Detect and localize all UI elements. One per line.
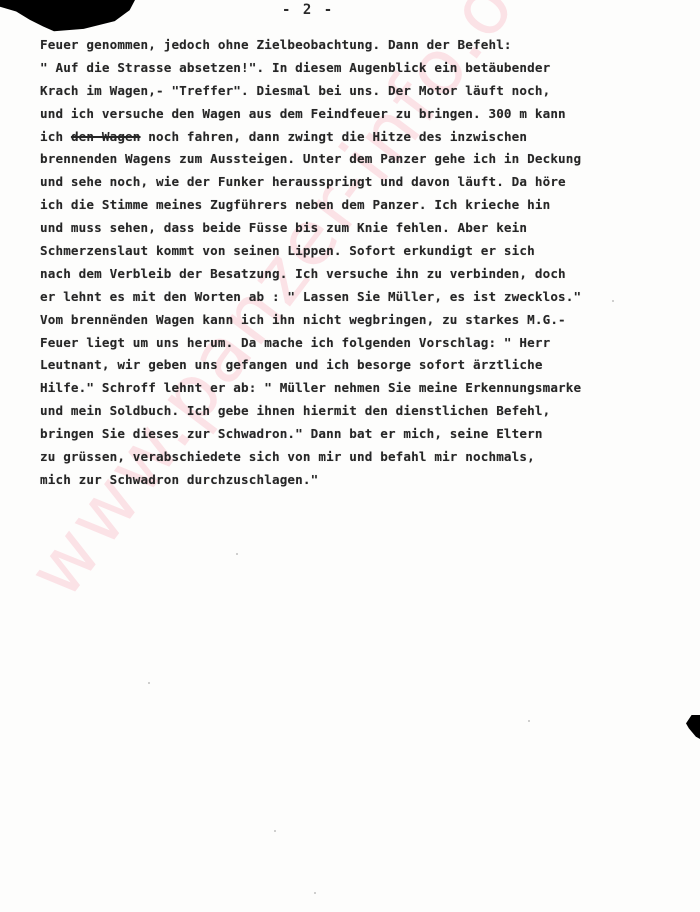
text-line: Leutnant, wir geben uns gefangen und ich…: [40, 354, 700, 377]
struck-through-text: den Wagen: [71, 129, 141, 144]
text-line: und muss sehen, dass beide Füsse bis zum…: [40, 217, 700, 240]
text-line: ich die Stimme meines Zugführers neben d…: [40, 194, 700, 217]
scan-speck: [612, 300, 614, 302]
scan-artifact-mark: [686, 715, 700, 739]
text-line: Hilfe." Schroff lehnt er ab: " Müller ne…: [40, 377, 700, 400]
text-line: und ich versuche den Wagen aus dem Feind…: [40, 103, 700, 126]
text-line: und sehe noch, wie der Funker herausspri…: [40, 171, 700, 194]
text-line: er lehnt es mit den Worten ab : " Lassen…: [40, 286, 700, 309]
scan-speck: [528, 720, 530, 722]
text-line: und mein Soldbuch. Ich gebe ihnen hiermi…: [40, 400, 700, 423]
text-line: bringen Sie dieses zur Schwadron." Dann …: [40, 423, 700, 446]
text-line: brennenden Wagens zum Aussteigen. Unter …: [40, 148, 700, 171]
page-number: - 2 -: [282, 2, 334, 18]
scan-speck: [148, 682, 150, 684]
scan-speck: [274, 830, 276, 832]
text-line: " Auf die Strasse absetzen!". In diesem …: [40, 57, 700, 80]
text-segment: noch fahren, dann zwingt die Hitze des i…: [141, 129, 528, 144]
scan-speck: [236, 553, 238, 555]
text-line: Feuer liegt um uns herum. Da mache ich f…: [40, 332, 700, 355]
typewritten-body: Feuer genommen, jedoch ohne Zielbeobacht…: [40, 34, 700, 492]
scan-speck: [314, 892, 316, 894]
text-line: ich den Wagen noch fahren, dann zwingt d…: [40, 126, 700, 149]
scanned-document-page: www.panzer-info.org - 2 - Feuer genommen…: [0, 0, 700, 912]
text-segment: ich: [40, 129, 71, 144]
text-line: nach dem Verbleib der Besatzung. Ich ver…: [40, 263, 700, 286]
scan-artifact-blot: [0, 0, 135, 34]
text-line: Feuer genommen, jedoch ohne Zielbeobacht…: [40, 34, 700, 57]
text-line: Krach im Wagen,- "Treffer". Diesmal bei …: [40, 80, 700, 103]
text-line: zu grüssen, verabschiedete sich von mir …: [40, 446, 700, 469]
text-line: mich zur Schwadron durchzuschlagen.": [40, 469, 700, 492]
text-line: Schmerzenslaut kommt von seinen Lippen. …: [40, 240, 700, 263]
text-line: Vom brennënden Wagen kann ich ihn nicht …: [40, 309, 700, 332]
